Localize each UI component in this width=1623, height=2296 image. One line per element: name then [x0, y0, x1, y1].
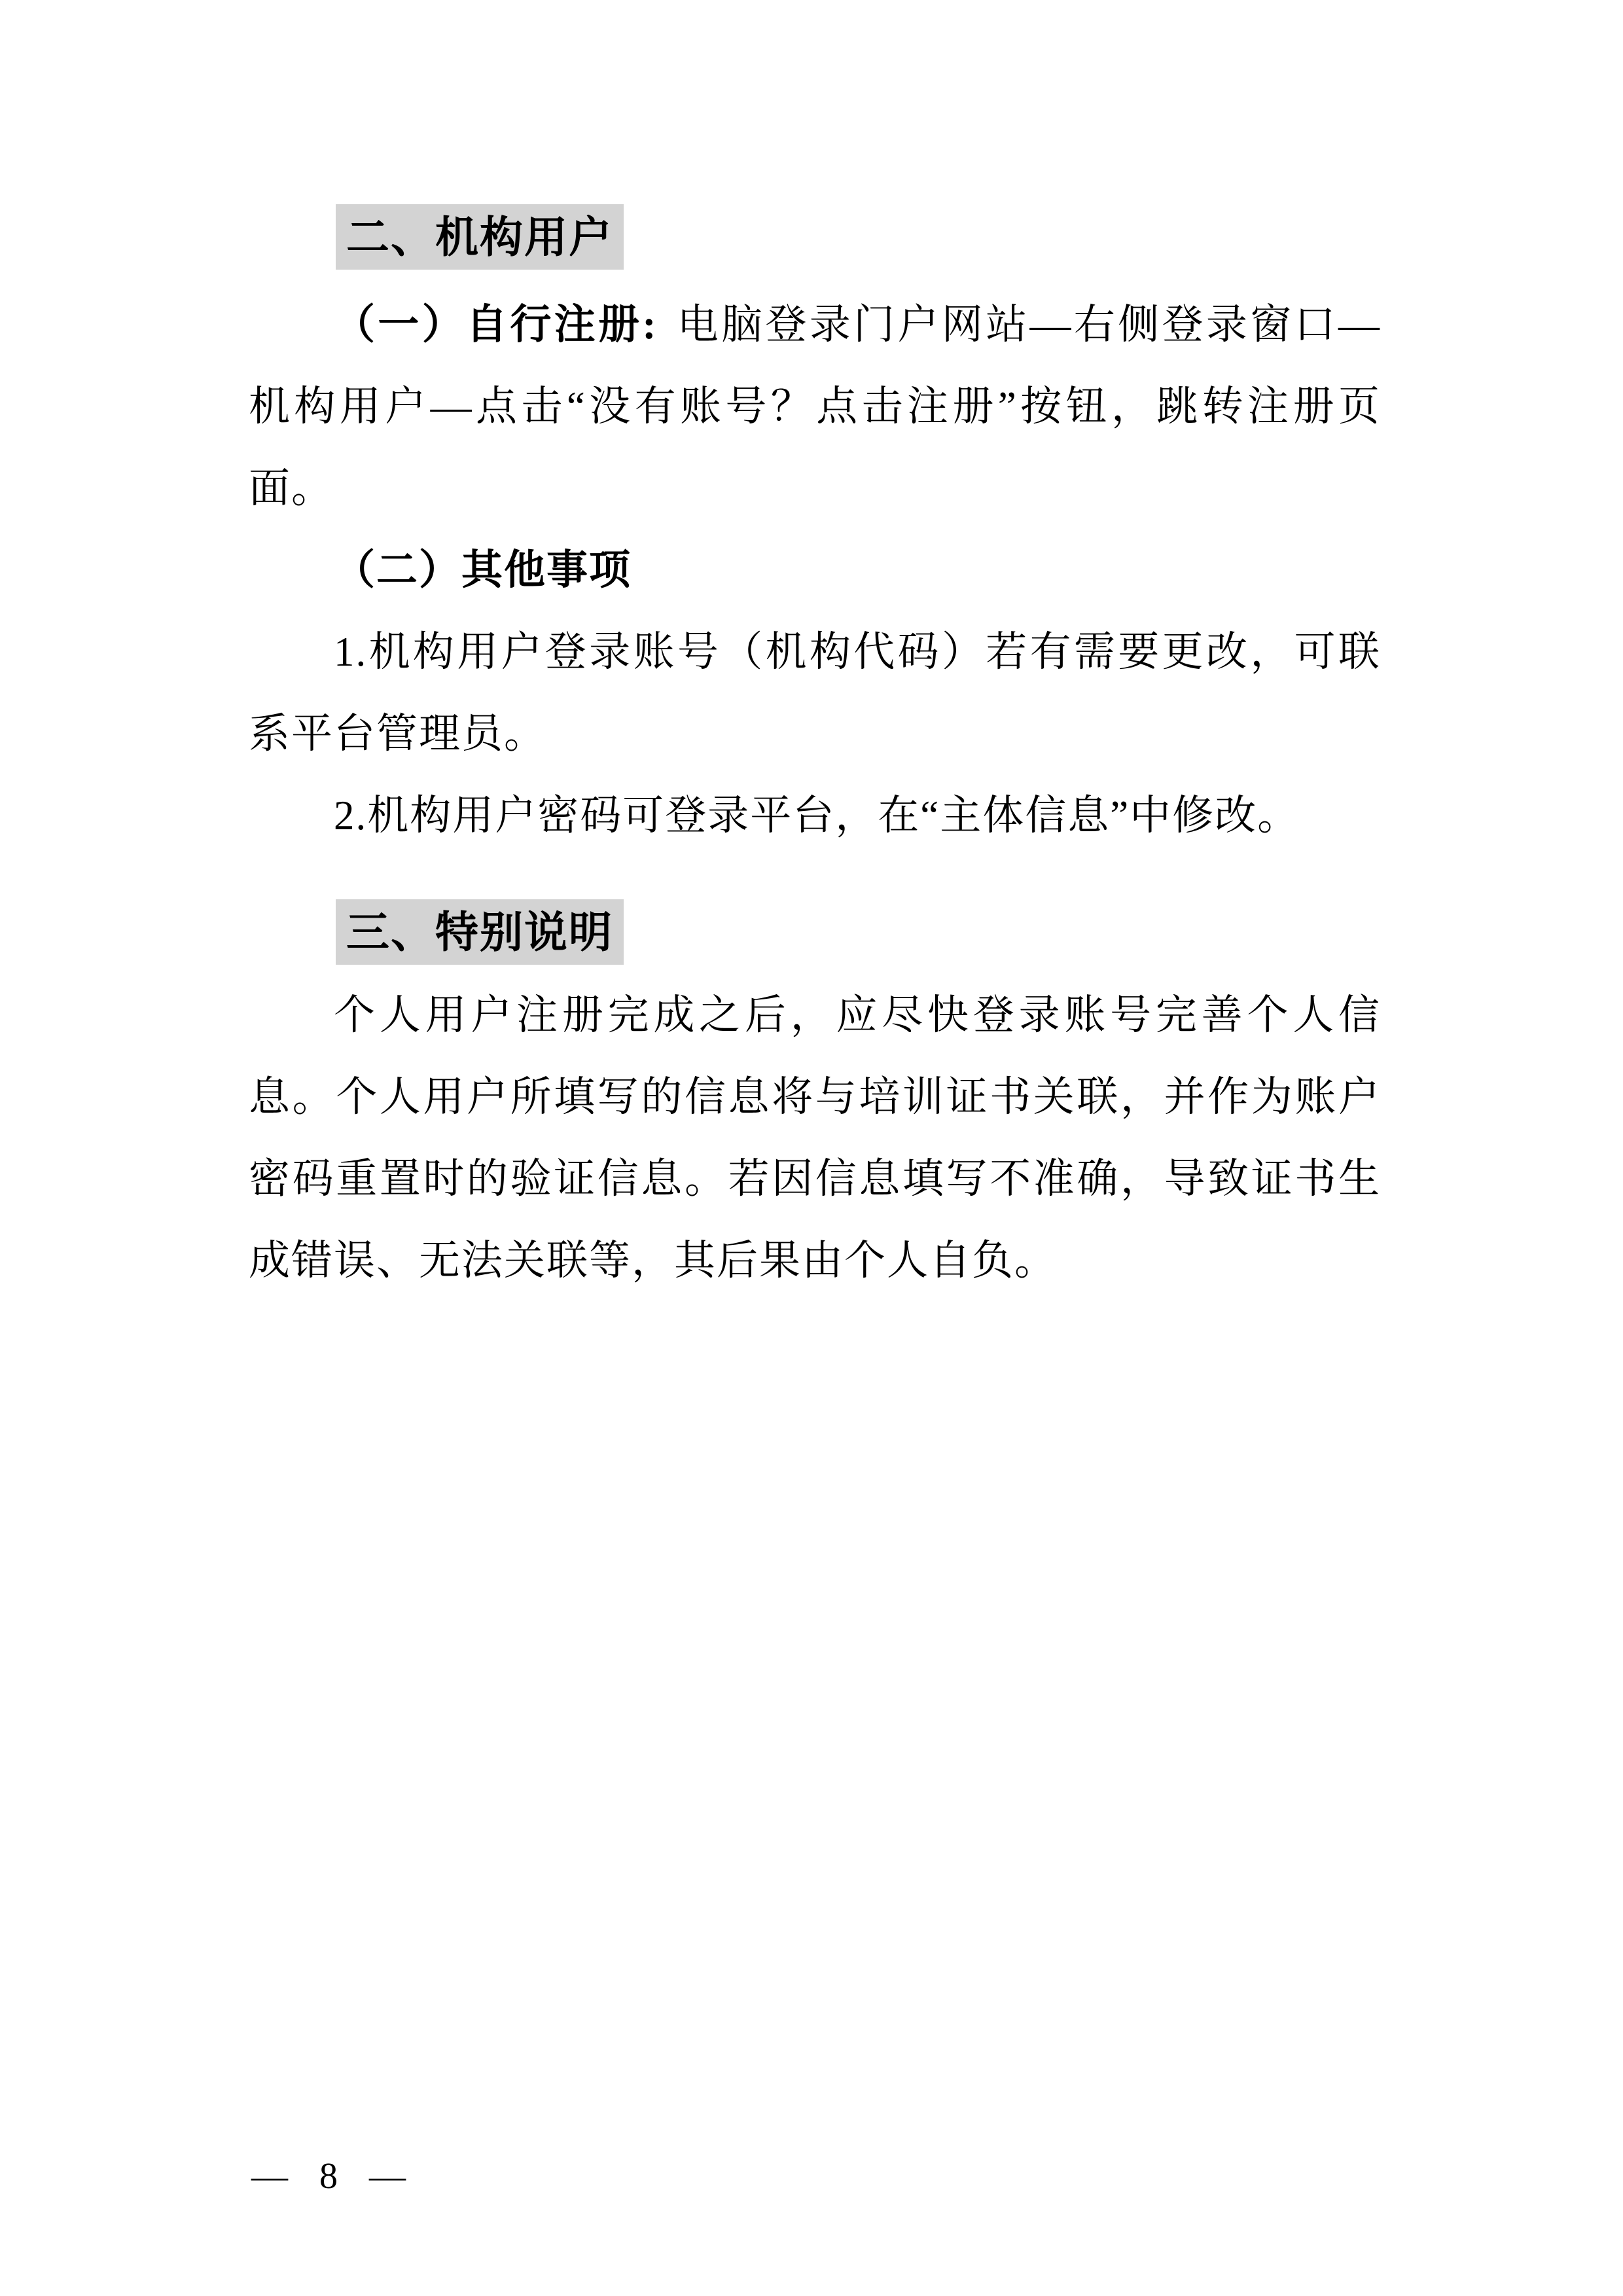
page-number: — 8 — [251, 2153, 407, 2199]
section-heading-special-notes: 三、特别说明 [336, 899, 624, 965]
document-page: 二、机构用户 （一）自行注册:电脑登录门户网站—右侧登录窗口— 机构用户—点击“… [0, 0, 1623, 2296]
para-self-register-line-2: 机构用户—点击“没有账号？点击注册”按钮，跳转注册页 [249, 366, 1381, 448]
other-matters-item-2: 2.机构用户密码可登录平台，在“主体信息”中修改。 [249, 775, 1381, 857]
special-notes-line-1: 个人用户注册完成之后，应尽快登录账号完善个人信 [249, 975, 1381, 1056]
special-notes-line-4: 成错误、无法关联等，其后果由个人自负。 [249, 1220, 1381, 1302]
self-register-line-1-text: 电脑登录门户网站—右侧登录窗口— [675, 302, 1381, 348]
subheading-other-matters: （二）其他事项 [249, 529, 1381, 611]
para-self-register-line-3: 面。 [249, 448, 1381, 529]
other-matters-item-1-line-2: 系平台管理员。 [249, 693, 1381, 775]
other-matters-item-1-line-1: 1.机构用户登录账号（机构代码）若有需要更改，可联 [249, 611, 1381, 693]
special-notes-line-3: 密码重置时的验证信息。若因信息填写不准确，导致证书生 [249, 1138, 1381, 1220]
para-self-register-line-1: （一）自行注册:电脑登录门户网站—右侧登录窗口— [249, 284, 1381, 366]
section-heading-org-users: 二、机构用户 [336, 204, 624, 270]
self-register-lead-label: （一）自行注册: [334, 302, 657, 348]
special-notes-line-2: 息。个人用户所填写的信息将与培训证书关联，并作为账户 [249, 1056, 1381, 1138]
